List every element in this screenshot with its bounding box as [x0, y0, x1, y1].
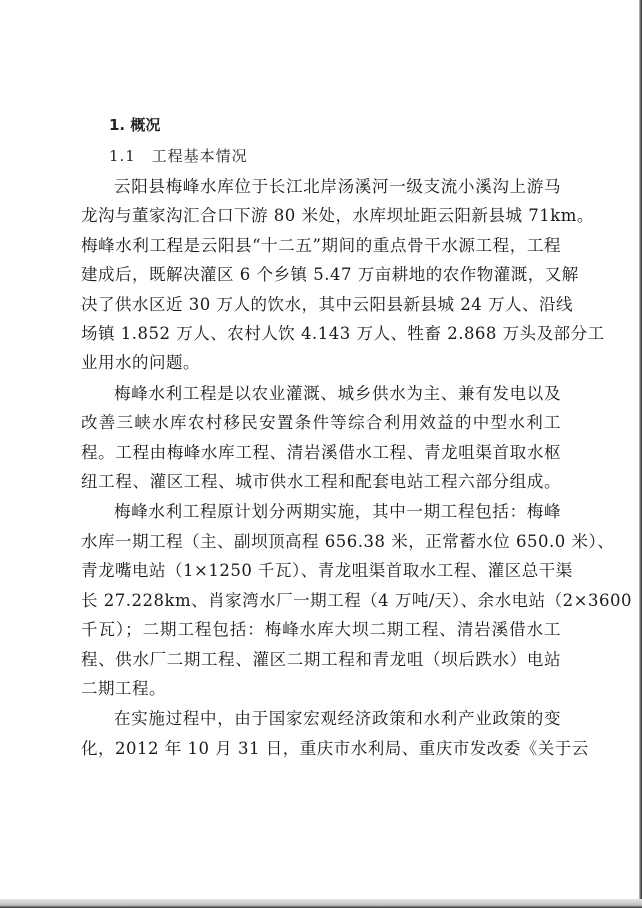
section-title: 概况: [130, 116, 160, 134]
text-line: 决了供水区近 30 万人的饮水，其中云阳县新县城 24 万人、沿线: [81, 290, 561, 319]
text-line: 程。工程由梅峰水库工程、清岩溪借水工程、青龙咀渠首取水枢: [81, 438, 561, 467]
section-heading: 1. 概况: [81, 110, 561, 140]
page-edge-bottom: [0, 899, 642, 908]
text-line: 在实施过程中，由于国家宏观经济政策和水利产业政策的变: [81, 704, 561, 733]
document-body: 1. 概况 1.1 工程基本情况 云阳县梅峰水库位于长江北岸汤溪河一级支流小溪沟…: [81, 110, 561, 764]
text-line: 千瓦）；二期工程包括：梅峰水库大坝二期工程、清岩溪借水工: [81, 615, 561, 644]
text-line: 云阳县梅峰水库位于长江北岸汤溪河一级支流小溪沟上游马: [81, 172, 561, 201]
document-page: 1. 概况 1.1 工程基本情况 云阳县梅峰水库位于长江北岸汤溪河一级支流小溪沟…: [0, 0, 639, 899]
text-line: 二期工程。: [81, 674, 561, 703]
paragraph-implementation-changes: 在实施过程中，由于国家宏观经济政策和水利产业政策的变 化，2012 年 10 月…: [81, 704, 561, 763]
text-line: 龙沟与董家沟汇合口下游 80 米处，水库坝址距云阳新县城 71km。: [81, 201, 561, 230]
text-line: 改善三峡水库农村移民安置条件等综合利用效益的中型水利工: [81, 408, 561, 437]
paragraph-project-phases: 梅峰水利工程原计划分两期实施，其中一期工程包括：梅峰 水库一期工程（主、副坝顶高…: [81, 497, 561, 703]
text-line: 化，2012 年 10 月 31 日，重庆市水利局、重庆市发改委《关于云: [81, 734, 561, 763]
subsection-number: 1.1: [109, 147, 136, 165]
text-line: 程、供水厂二期工程、灌区二期工程和青龙咀（坝后跌水）电站: [81, 645, 561, 674]
text-line: 建成后，既解决灌区 6 个乡镇 5.47 万亩耕地的农作物灌溉，又解: [81, 260, 561, 289]
text-line: 梅峰水利工程是云阳县“十二五”期间的重点骨干水源工程，工程: [81, 231, 561, 260]
text-line: 业用水的问题。: [81, 348, 561, 377]
text-line: 水库一期工程（主、副坝顶高程 656.38 米，正常蓄水位 650.0 米）、: [81, 527, 561, 556]
paragraph-project-composition: 梅峰水利工程是以农业灌溉、城乡供水为主、兼有发电以及 改善三峡水库农村移民安置条…: [81, 379, 561, 497]
text-line: 场镇 1.852 万人、农村人饮 4.143 万人、牲畜 2.868 万头及部分…: [81, 319, 561, 348]
paragraph-location-overview: 云阳县梅峰水库位于长江北岸汤溪河一级支流小溪沟上游马 龙沟与董家沟汇合口下游 8…: [81, 172, 561, 378]
subsection-title: 工程基本情况: [152, 147, 248, 165]
text-line: 青龙嘴电站（1×1250 千瓦）、青龙咀渠首取水工程、灌区总干渠: [81, 556, 561, 585]
text-line: 梅峰水利工程是以农业灌溉、城乡供水为主、兼有发电以及: [81, 379, 561, 408]
text-line: 纽工程、灌区工程、城市供水工程和配套电站工程六部分组成。: [81, 467, 561, 496]
text-line: 梅峰水利工程原计划分两期实施，其中一期工程包括：梅峰: [81, 497, 561, 526]
subsection-heading: 1.1 工程基本情况: [81, 140, 561, 172]
section-number: 1.: [109, 116, 125, 134]
text-line: 长 27.228km、肖家湾水厂一期工程（4 万吨/天）、余水电站（2×3600: [81, 586, 561, 615]
